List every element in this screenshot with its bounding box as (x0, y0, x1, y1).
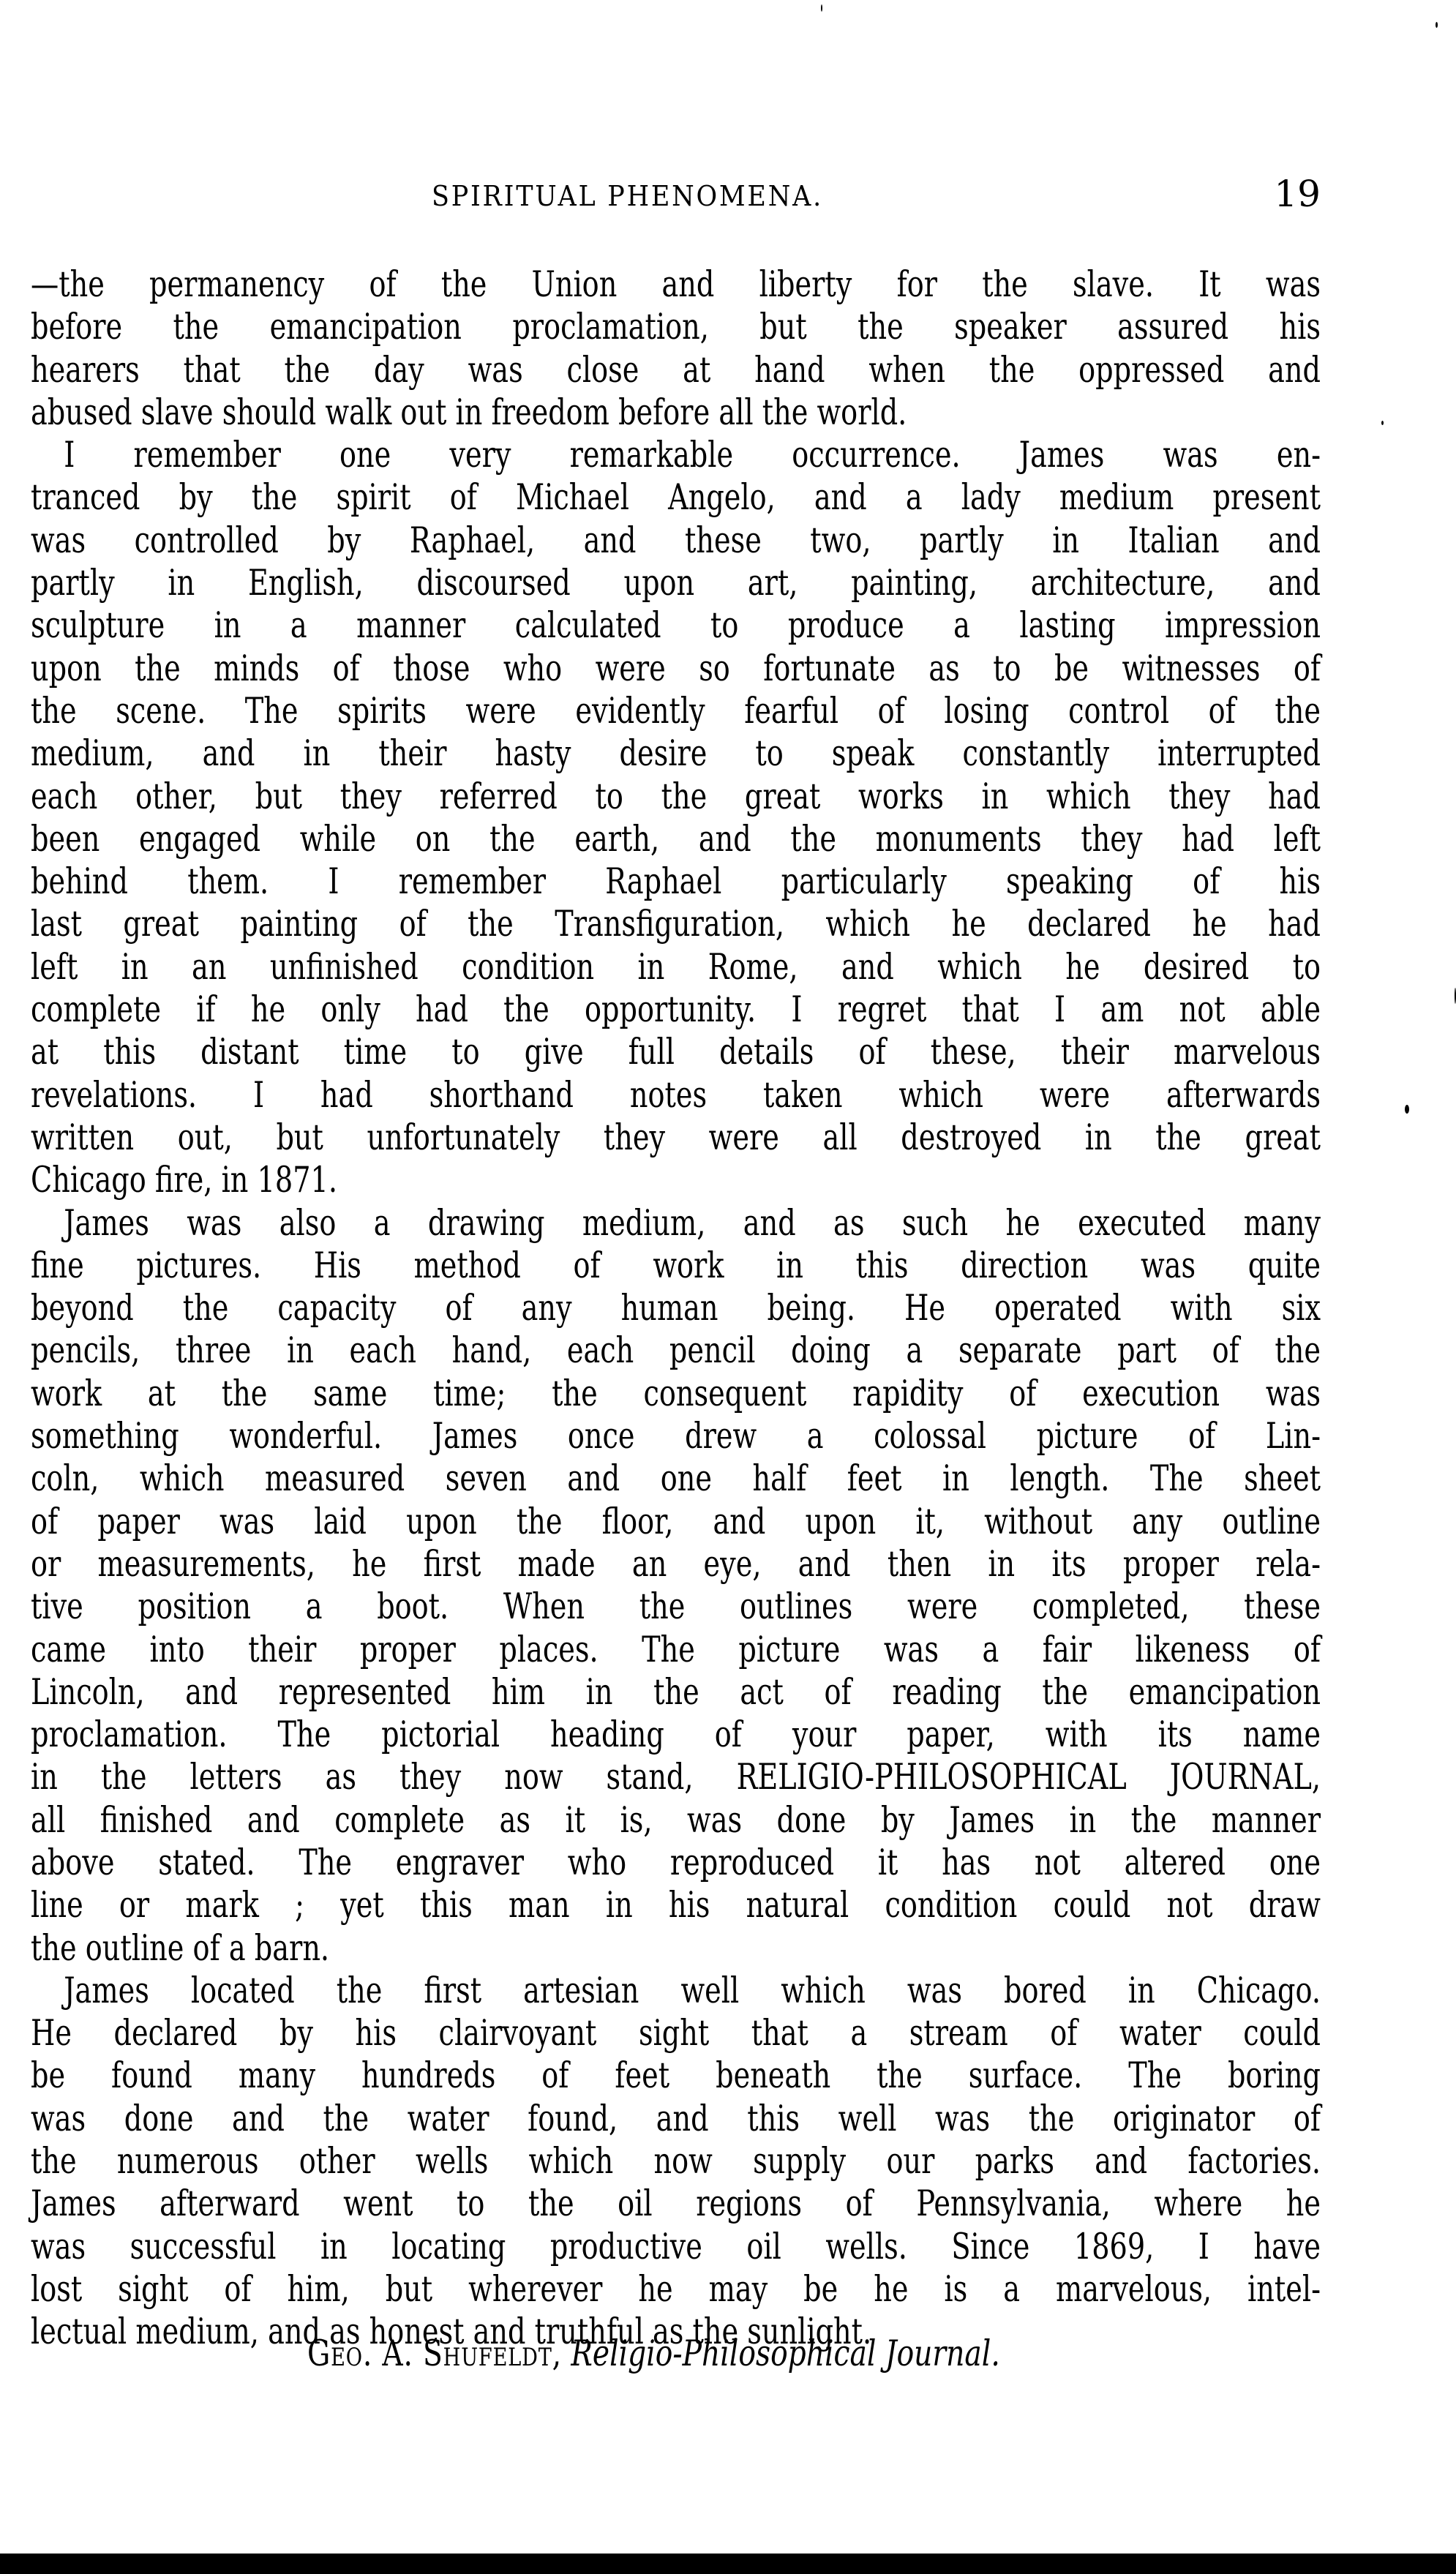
paragraph: James located the first artesian well wh… (31, 1970, 1321, 2354)
running-title: SPIRITUAL PHENOMENA. (432, 180, 823, 212)
text-line: before the emancipation proclamation, bu… (31, 306, 1321, 348)
text-line: in the letters as they now stand, RELIGI… (31, 1756, 1321, 1798)
text-line: beyond the capacity of any human being. … (31, 1287, 1321, 1329)
text-line: tranced by the spirit of Michael Angelo,… (31, 476, 1321, 519)
scan-speck (1436, 22, 1438, 28)
text-line: or measurements, he first made an eye, a… (31, 1543, 1321, 1586)
text-line: coln, which measured seven and one half … (31, 1457, 1321, 1500)
text-line: behind them. I remember Raphael particul… (31, 860, 1321, 903)
text-line: revelations. I had shorthand notes taken… (31, 1074, 1321, 1117)
text-line: Lincoln, and represented him in the act … (31, 1671, 1321, 1714)
scan-speck (821, 4, 822, 12)
text-line: pencils, three in each hand, each pencil… (31, 1329, 1321, 1372)
text-line: above stated. The engraver who reproduce… (31, 1842, 1321, 1884)
text-line: left in an unfinished condition in Rome,… (31, 946, 1321, 988)
text-line: sculpture in a manner calculated to prod… (31, 604, 1321, 647)
text-line: —the permanency of the Union and liberty… (31, 263, 1321, 306)
body-text: —the permanency of the Union and liberty… (31, 263, 1321, 2354)
text-line: abused slave should walk out in freedom … (31, 391, 1321, 434)
text-line: been engaged while on the earth, and the… (31, 818, 1321, 860)
text-line: the outline of a barn. (31, 1927, 1321, 1970)
text-line: James was also a drawing medium, and as … (31, 1202, 1321, 1245)
running-head: SPIRITUAL PHENOMENA. 19 (31, 176, 1321, 219)
text-line: upon the minds of those who were so fort… (31, 648, 1321, 690)
scan-speck (1405, 1105, 1409, 1114)
text-line: came into their proper places. The pictu… (31, 1629, 1321, 1671)
signature: Geo. A. Shufeldt, Religio-Philosophical … (307, 2333, 1000, 2375)
text-line: tive position a boot. When the outlines … (31, 1586, 1321, 1628)
text-line: the scene. The spirits were evidently fe… (31, 690, 1321, 732)
signature-source: Religio-Philosophical Journal. (571, 2333, 999, 2374)
text-line: complete if he only had the opportunity.… (31, 988, 1321, 1031)
text-line: written out, but unfortunately they were… (31, 1117, 1321, 1159)
text-line: something wonderful. James once drew a c… (31, 1415, 1321, 1457)
text-line: be found many hundreds of feet beneath t… (31, 2055, 1321, 2097)
text-line: work at the same time; the consequent ra… (31, 1373, 1321, 1415)
paragraph: I remember one very remarkable occurrenc… (31, 434, 1321, 1201)
book-page: SPIRITUAL PHENOMENA. 19 —the permanency … (0, 0, 1456, 2574)
paragraph: James was also a drawing medium, and as … (31, 1202, 1321, 1970)
text-line: Chicago fire, in 1871. (31, 1159, 1321, 1201)
text-line: the numerous other wells which now suppl… (31, 2140, 1321, 2183)
text-line: I remember one very remarkable occurrenc… (31, 434, 1321, 476)
text-line: proclamation. The pictorial heading of y… (31, 1714, 1321, 1756)
text-line: was successful in locating productive oi… (31, 2226, 1321, 2268)
text-line: was controlled by Raphael, and these two… (31, 519, 1321, 562)
text-line: medium, and in their hasty desire to spe… (31, 732, 1321, 775)
text-line: last great painting of the Transfigurati… (31, 903, 1321, 945)
text-line: partly in English, discoursed upon art, … (31, 562, 1321, 604)
text-line: at this distant time to give full detail… (31, 1031, 1321, 1073)
text-line: lost sight of him, but wherever he may b… (31, 2268, 1321, 2311)
text-line: each other, but they referred to the gre… (31, 776, 1321, 818)
text-line: line or mark ; yet this man in his natur… (31, 1884, 1321, 1926)
text-line: James afterward went to the oil regions … (31, 2183, 1321, 2225)
signature-author: Geo. A. Shufeldt, (307, 2333, 562, 2374)
text-line: fine pictures. His method of work in thi… (31, 1245, 1321, 1287)
scan-speck (1381, 421, 1384, 425)
page-number: 19 (1274, 173, 1321, 215)
text-line: hearers that the day was close at hand w… (31, 349, 1321, 391)
text-line: all finished and complete as it is, was … (31, 1799, 1321, 1842)
scan-edge-bar (0, 2554, 1456, 2574)
paragraph: —the permanency of the Union and liberty… (31, 263, 1321, 434)
text-line: of paper was laid upon the floor, and up… (31, 1501, 1321, 1543)
text-line: was done and the water found, and this w… (31, 2098, 1321, 2140)
text-line: James located the first artesian well wh… (31, 1970, 1321, 2012)
text-line: He declared by his clairvoyant sight tha… (31, 2012, 1321, 2055)
